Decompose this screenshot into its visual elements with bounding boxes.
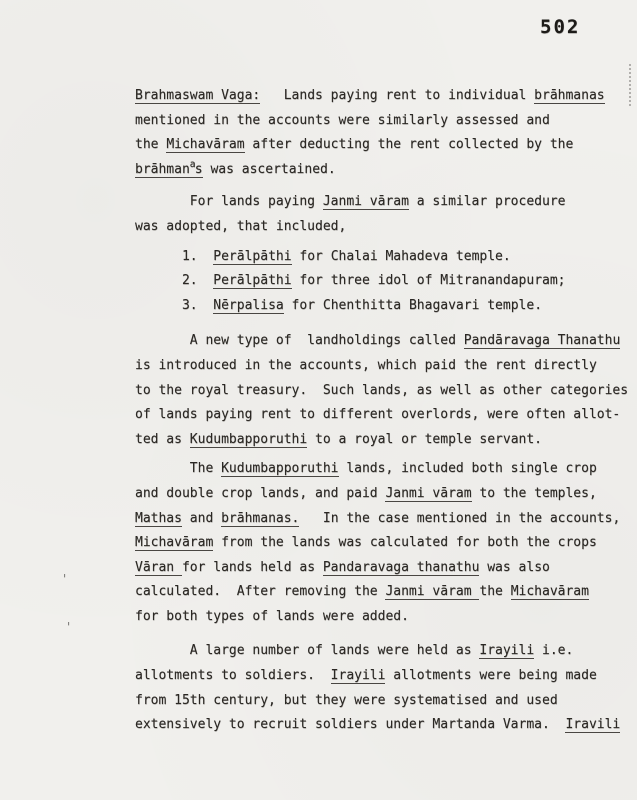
text-run: the	[479, 584, 510, 599]
underlined-term: Pandaravaga thanathu	[323, 560, 480, 576]
text-line: For lands paying Janmi vāram a similar p…	[135, 190, 635, 215]
text-line: mentioned in the accounts were similarly…	[135, 109, 635, 134]
text-run: Brahmaswam Vaga:	[135, 88, 260, 103]
text-run: Janmi vāram	[385, 486, 471, 501]
underlined-term: Mathas	[135, 511, 182, 527]
text-run: was adopted, that included,	[135, 219, 346, 234]
text-run: for lands held as	[182, 560, 323, 575]
text-run: of lands paying rent to different overlo…	[135, 407, 620, 422]
text-line: Brahmaswam Vaga: Lands paying rent to in…	[135, 84, 635, 109]
text-line: calculated. After removing the Janmi vār…	[135, 580, 635, 605]
text-line: for both types of lands were added.	[135, 605, 635, 630]
underlined-term: Janmi vāram	[385, 486, 471, 502]
paragraph-pandaravaga-thanathu: A new type of landholdings called Pandār…	[135, 329, 635, 452]
underlined-term: brāhmanas	[135, 162, 203, 178]
text-run: Irayili	[479, 643, 534, 658]
margin-stray-mark: '	[61, 572, 68, 586]
text-run: Kudumbapporuthi	[190, 432, 307, 447]
text-run: 2.	[135, 273, 213, 288]
text-run: and	[182, 511, 221, 526]
text-line: of lands paying rent to different overlo…	[135, 403, 635, 428]
text-run: mentioned in the accounts were similarly…	[135, 113, 550, 128]
text-run: for three idol of Mitranandapuram;	[292, 273, 566, 288]
underlined-term: Vāran	[135, 560, 182, 576]
text-run: calculated. After removing the	[135, 584, 385, 599]
text-line: The Kudumbapporuthi lands, included both…	[135, 457, 635, 482]
text-line: the Michavāram after deducting the rent …	[135, 133, 635, 158]
text-run: brāhman	[135, 162, 190, 177]
text-line: was adopted, that included,	[135, 215, 635, 240]
text-run: from the lands was calculated for both t…	[213, 535, 597, 550]
text-run: The	[135, 461, 221, 476]
underlined-term: Kudumbapporuthi	[190, 432, 307, 448]
scanned-document-page: 502 ' ' Brahmaswam Vaga: Lands paying re…	[0, 0, 637, 800]
text-run: Pandāravaga Thanathu	[464, 333, 621, 348]
text-run: Janmi vāram	[323, 194, 409, 209]
text-run: for both types of lands were added.	[135, 609, 409, 624]
text-run: A large number of lands were held as	[135, 643, 479, 658]
text-run: i.e.	[534, 643, 573, 658]
text-run: Iravili	[565, 717, 620, 732]
text-run: was ascertained.	[203, 162, 336, 177]
underlined-term: Kudumbapporuthi	[221, 461, 338, 477]
page-number: 502	[540, 16, 580, 38]
underlined-term: Janmi vāram	[385, 584, 479, 600]
text-run: Michavāram	[135, 535, 213, 550]
underlined-term: Irayili	[331, 668, 386, 684]
paragraph-brahmaswam-vaga: Brahmaswam Vaga: Lands paying rent to in…	[135, 84, 635, 182]
text-run: from 15th century, but they were systema…	[135, 693, 558, 708]
underlined-term: Iravili	[565, 717, 620, 733]
text-line: and double crop lands, and paid Janmi vā…	[135, 482, 635, 507]
text-line: brāhmanas was ascertained.	[135, 158, 635, 183]
text-run: Michavāram	[166, 137, 244, 152]
text-line: A large number of lands were held as Ira…	[135, 639, 635, 664]
text-line: 1. Perālpāthi for Chalai Mahadeva temple…	[135, 245, 635, 270]
text-line: Mathas and brāhmanas. In the case mentio…	[135, 507, 635, 532]
text-line: ted as Kudumbapporuthi to a royal or tem…	[135, 428, 635, 453]
text-run: In the case mentioned in the accounts,	[299, 511, 620, 526]
underlined-term: Janmi vāram	[323, 194, 409, 210]
text-run: after deducting the rent collected by th…	[245, 137, 574, 152]
underlined-term: brāhmanas.	[221, 511, 299, 527]
text-run: allotments were being made	[385, 668, 596, 683]
text-run: the	[135, 137, 166, 152]
text-line: to the royal treasury. Such lands, as we…	[135, 379, 635, 404]
text-run: ted as	[135, 432, 190, 447]
text-run: brāhmanas	[534, 88, 604, 103]
text-run: is introduced in the accounts, which pai…	[135, 358, 597, 373]
text-run: Pandaravaga thanathu	[323, 560, 480, 575]
paragraph-janmi-varam-procedure: For lands paying Janmi vāram a similar p…	[135, 190, 635, 239]
text-run: for Chenthitta Bhagavari temple.	[284, 298, 542, 313]
underlined-term: Michavāram	[511, 584, 589, 600]
text-run: extensively to recruit soldiers under Ma…	[135, 717, 565, 732]
text-line: 2. Perālpāthi for three idol of Mitranan…	[135, 269, 635, 294]
text-run: 3.	[135, 298, 213, 313]
underlined-term: Michavāram	[166, 137, 244, 153]
text-run: A new type of landholdings called	[135, 333, 464, 348]
paragraph-kudumbapporuthi-lands: The Kudumbapporuthi lands, included both…	[135, 457, 635, 629]
text-run: for Chalai Mahadeva temple.	[292, 249, 511, 264]
text-run: was also	[479, 560, 549, 575]
text-line: is introduced in the accounts, which pai…	[135, 354, 635, 379]
text-run: to a royal or temple servant.	[307, 432, 542, 447]
underlined-term: Michavāram	[135, 535, 213, 551]
text-run: to the royal treasury. Such lands, as we…	[135, 383, 628, 398]
text-run: Michavāram	[511, 584, 589, 599]
text-run: Vāran	[135, 560, 182, 575]
underlined-term: Perālpāthi	[213, 273, 291, 289]
superscript-correction: a	[190, 153, 195, 178]
document-body: Brahmaswam Vaga: Lands paying rent to in…	[135, 84, 635, 738]
text-line: allotments to soldiers. Irayili allotmen…	[135, 664, 635, 689]
text-run: lands, included both single crop	[339, 461, 597, 476]
underlined-term: Perālpāthi	[213, 249, 291, 265]
paragraph-irayili-allotments: A large number of lands were held as Ira…	[135, 639, 635, 737]
text-line: extensively to recruit soldiers under Ma…	[135, 713, 635, 738]
text-run: Perālpāthi	[213, 249, 291, 264]
text-line: A new type of landholdings called Pandār…	[135, 329, 635, 354]
text-line: Michavāram from the lands was calculated…	[135, 531, 635, 556]
text-run: Mathas	[135, 511, 182, 526]
margin-stray-mark: '	[65, 620, 72, 634]
text-run: allotments to soldiers.	[135, 668, 331, 683]
underlined-term: brāhmanas	[534, 88, 604, 104]
text-run: a similar procedure	[409, 194, 566, 209]
underlined-term: Nērpalisa	[213, 298, 283, 314]
text-line: 3. Nērpalisa for Chenthitta Bhagavari te…	[135, 294, 635, 319]
text-line: from 15th century, but they were systema…	[135, 689, 635, 714]
underlined-term: Brahmaswam Vaga:	[135, 88, 260, 104]
text-run: Kudumbapporuthi	[221, 461, 338, 476]
text-run: and double crop lands, and paid	[135, 486, 385, 501]
text-line: Vāran for lands held as Pandaravaga than…	[135, 556, 635, 581]
text-run: Lands paying rent to individual	[260, 88, 534, 103]
text-run: Irayili	[331, 668, 386, 683]
text-run: brāhmanas.	[221, 511, 299, 526]
underlined-term: Pandāravaga Thanathu	[464, 333, 621, 349]
text-run: Janmi vāram	[385, 584, 479, 599]
text-run: to the temples,	[472, 486, 597, 501]
list-temple-allotments: 1. Perālpāthi for Chalai Mahadeva temple…	[135, 245, 635, 319]
text-run: 1.	[135, 249, 213, 264]
text-run: For lands paying	[135, 194, 323, 209]
text-run: Nērpalisa	[213, 298, 283, 313]
text-run: Perālpāthi	[213, 273, 291, 288]
underlined-term: Irayili	[479, 643, 534, 659]
